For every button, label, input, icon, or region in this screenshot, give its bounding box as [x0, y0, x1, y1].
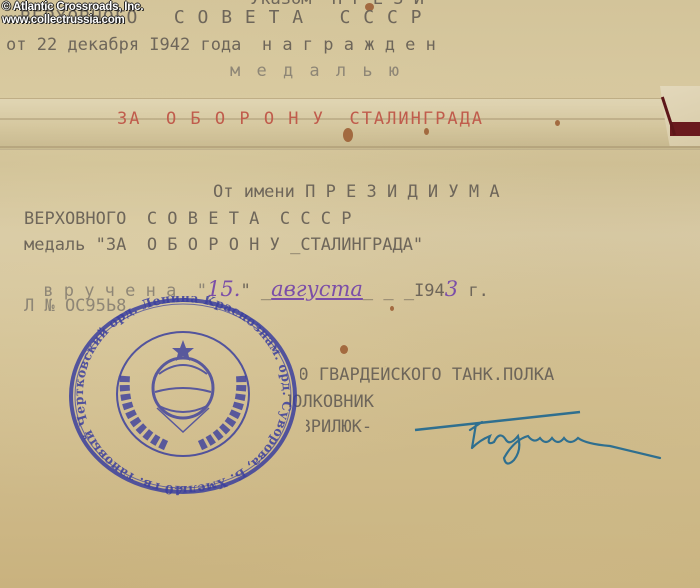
- watermark-line-1: © Atlantic Crossroads, Inc.: [2, 1, 143, 14]
- copyright-watermark: © Atlantic Crossroads, Inc. www.collectr…: [2, 1, 143, 27]
- medal-name: ЗА О Б О Р О Н У СТАЛИНГРАДА: [117, 110, 484, 128]
- stain: [343, 128, 353, 142]
- handwritten-year-digit: 3: [445, 277, 458, 301]
- stain: [340, 345, 348, 354]
- body-line-4: в р у ч е н а "15." _августа_ _ _I943 г.: [24, 258, 489, 301]
- ussr-coat-of-arms-icon: [125, 340, 242, 446]
- header-line-3: м е д а л ь ю: [230, 62, 402, 80]
- stain: [424, 128, 429, 135]
- svg-text:40 гв. тановый Чертковский орд: 40 гв. тановый Чертковский орд. Ленина К…: [67, 296, 295, 496]
- watermark-line-2: www.collectrussia.com: [2, 14, 143, 27]
- year-prefix: _ _ _I94: [363, 281, 445, 301]
- fold-crease: [0, 146, 700, 148]
- body-line-1: От имени П Р Е З И Д И У М А: [213, 183, 500, 201]
- header-line-2: от 22 декабря I942 года н а г р а ж д е …: [6, 36, 436, 54]
- body-line-2: ВЕРХОВНОГО С О В Е Т А С С С Р: [24, 210, 352, 228]
- regiment-stamp: 40 гв. тановый Чертковский орд. Ленина К…: [67, 296, 299, 496]
- body-line-3: медаль "ЗА О Б О Р О Н У _СТАЛИНГРАДА": [24, 236, 423, 254]
- stamp-text: 40 гв. тановый Чертковский орд. Ленина К…: [67, 296, 295, 496]
- signature: [410, 400, 690, 480]
- year-suffix: г.: [458, 281, 489, 301]
- stain: [555, 120, 560, 126]
- stain: [390, 306, 394, 311]
